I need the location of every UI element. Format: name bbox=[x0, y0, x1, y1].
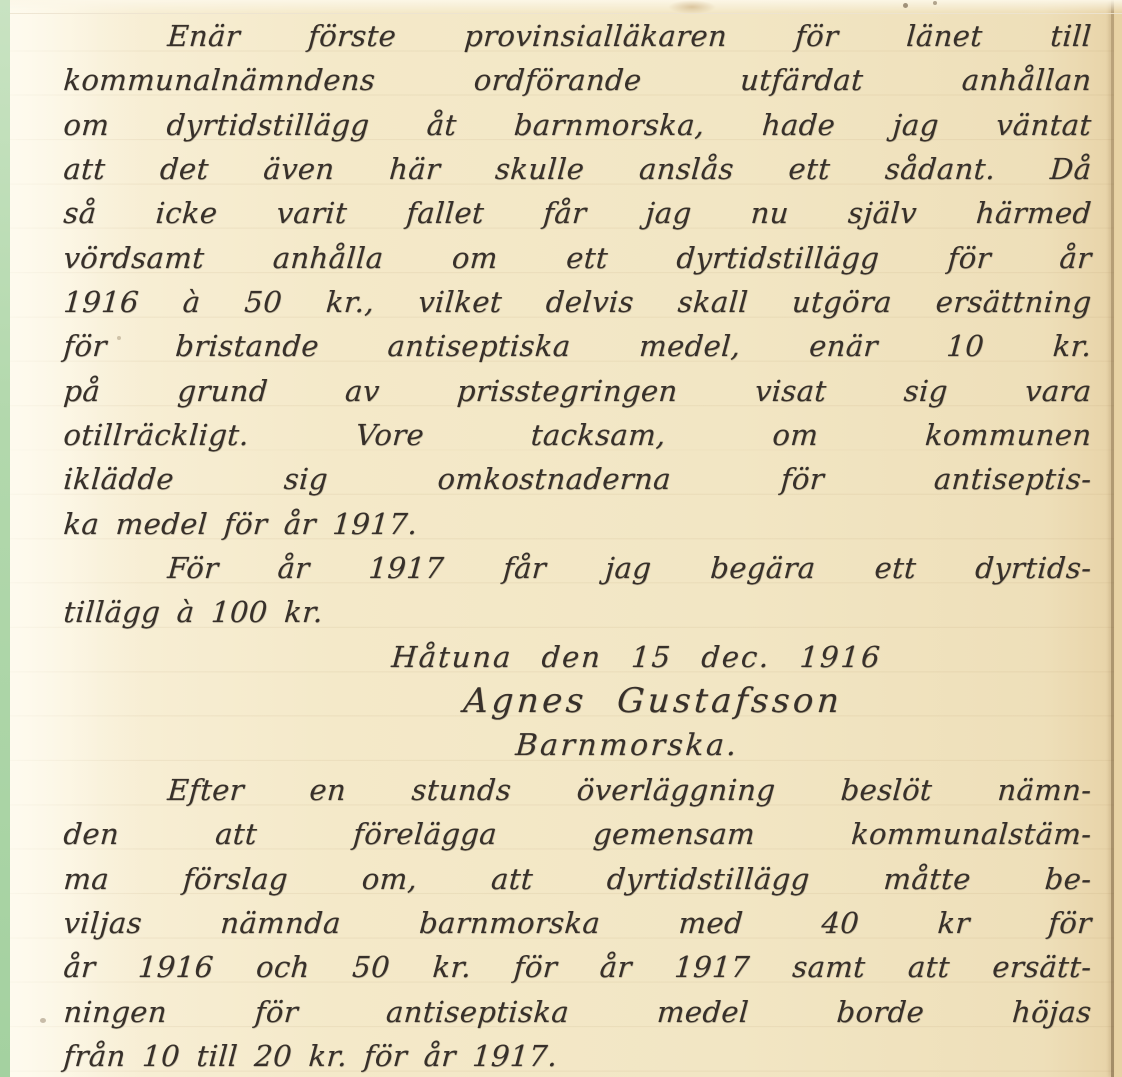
manuscript-line: ningen för antiseptiska medel borde höja… bbox=[62, 990, 1093, 1034]
manuscript-line: från 10 till 20 kr. för år 1917. bbox=[62, 1034, 1093, 1077]
manuscript-line: Efter en stunds överläggning beslöt nämn… bbox=[62, 768, 1093, 812]
manuscript-text: Enär förste provinsialläkaren för länet … bbox=[62, 14, 1090, 1077]
manuscript-line: 1916 à 50 kr., vilket delvis skall utgör… bbox=[62, 280, 1093, 324]
manuscript-line: För år 1917 får jag begära ett dyrtids- bbox=[62, 546, 1093, 590]
manuscript-line: ma förslag om, att dyrtidstillägg måtte … bbox=[62, 857, 1093, 901]
page-gutter-line bbox=[1111, 0, 1114, 1077]
signature-line: Agnes Gustafsson bbox=[462, 679, 1093, 723]
page-right-edge bbox=[1114, 0, 1122, 1077]
manuscript-line: ka medel för år 1917. bbox=[62, 502, 1093, 546]
paper-stain bbox=[668, 0, 716, 14]
paper-speck bbox=[933, 1, 937, 5]
signature-title-line: Barnmorska. bbox=[514, 724, 1093, 768]
manuscript-line: om dyrtidstillägg åt barnmorska, hade ja… bbox=[62, 103, 1093, 147]
manuscript-page: Enär förste provinsialläkaren för länet … bbox=[0, 0, 1122, 1077]
paper-speck bbox=[903, 3, 908, 8]
manuscript-line: Enär förste provinsialläkaren för länet … bbox=[62, 14, 1093, 58]
page-top-edge bbox=[10, 0, 1122, 14]
manuscript-line: den att förelägga gemensam kommunalstäm- bbox=[62, 812, 1093, 856]
manuscript-line: viljas nämnda barnmorska med 40 kr för bbox=[62, 901, 1093, 945]
manuscript-line: så icke varit fallet får jag nu själv hä… bbox=[62, 191, 1093, 235]
manuscript-line: tillägg à 100 kr. bbox=[62, 590, 1093, 634]
scan-edge-strip bbox=[0, 0, 10, 1077]
paper-speck bbox=[40, 1018, 46, 1023]
manuscript-line: år 1916 och 50 kr. för år 1917 samt att … bbox=[62, 945, 1093, 989]
dateline-line: Håtuna den 15 dec. 1916 bbox=[390, 635, 1093, 679]
manuscript-line: för bristande antiseptiska medel, enär 1… bbox=[62, 324, 1093, 368]
manuscript-line: vördsamt anhålla om ett dyrtidstillägg f… bbox=[62, 236, 1093, 280]
manuscript-line: på grund av prisstegringen visat sig var… bbox=[62, 369, 1093, 413]
manuscript-line: kommunalnämndens ordförande utfärdat anh… bbox=[62, 58, 1093, 102]
manuscript-line: iklädde sig omkostnaderna för antiseptis… bbox=[62, 457, 1093, 501]
manuscript-line: att det även här skulle anslås ett sådan… bbox=[62, 147, 1093, 191]
manuscript-line: otillräckligt. Vore tacksam, om kommunen bbox=[62, 413, 1093, 457]
